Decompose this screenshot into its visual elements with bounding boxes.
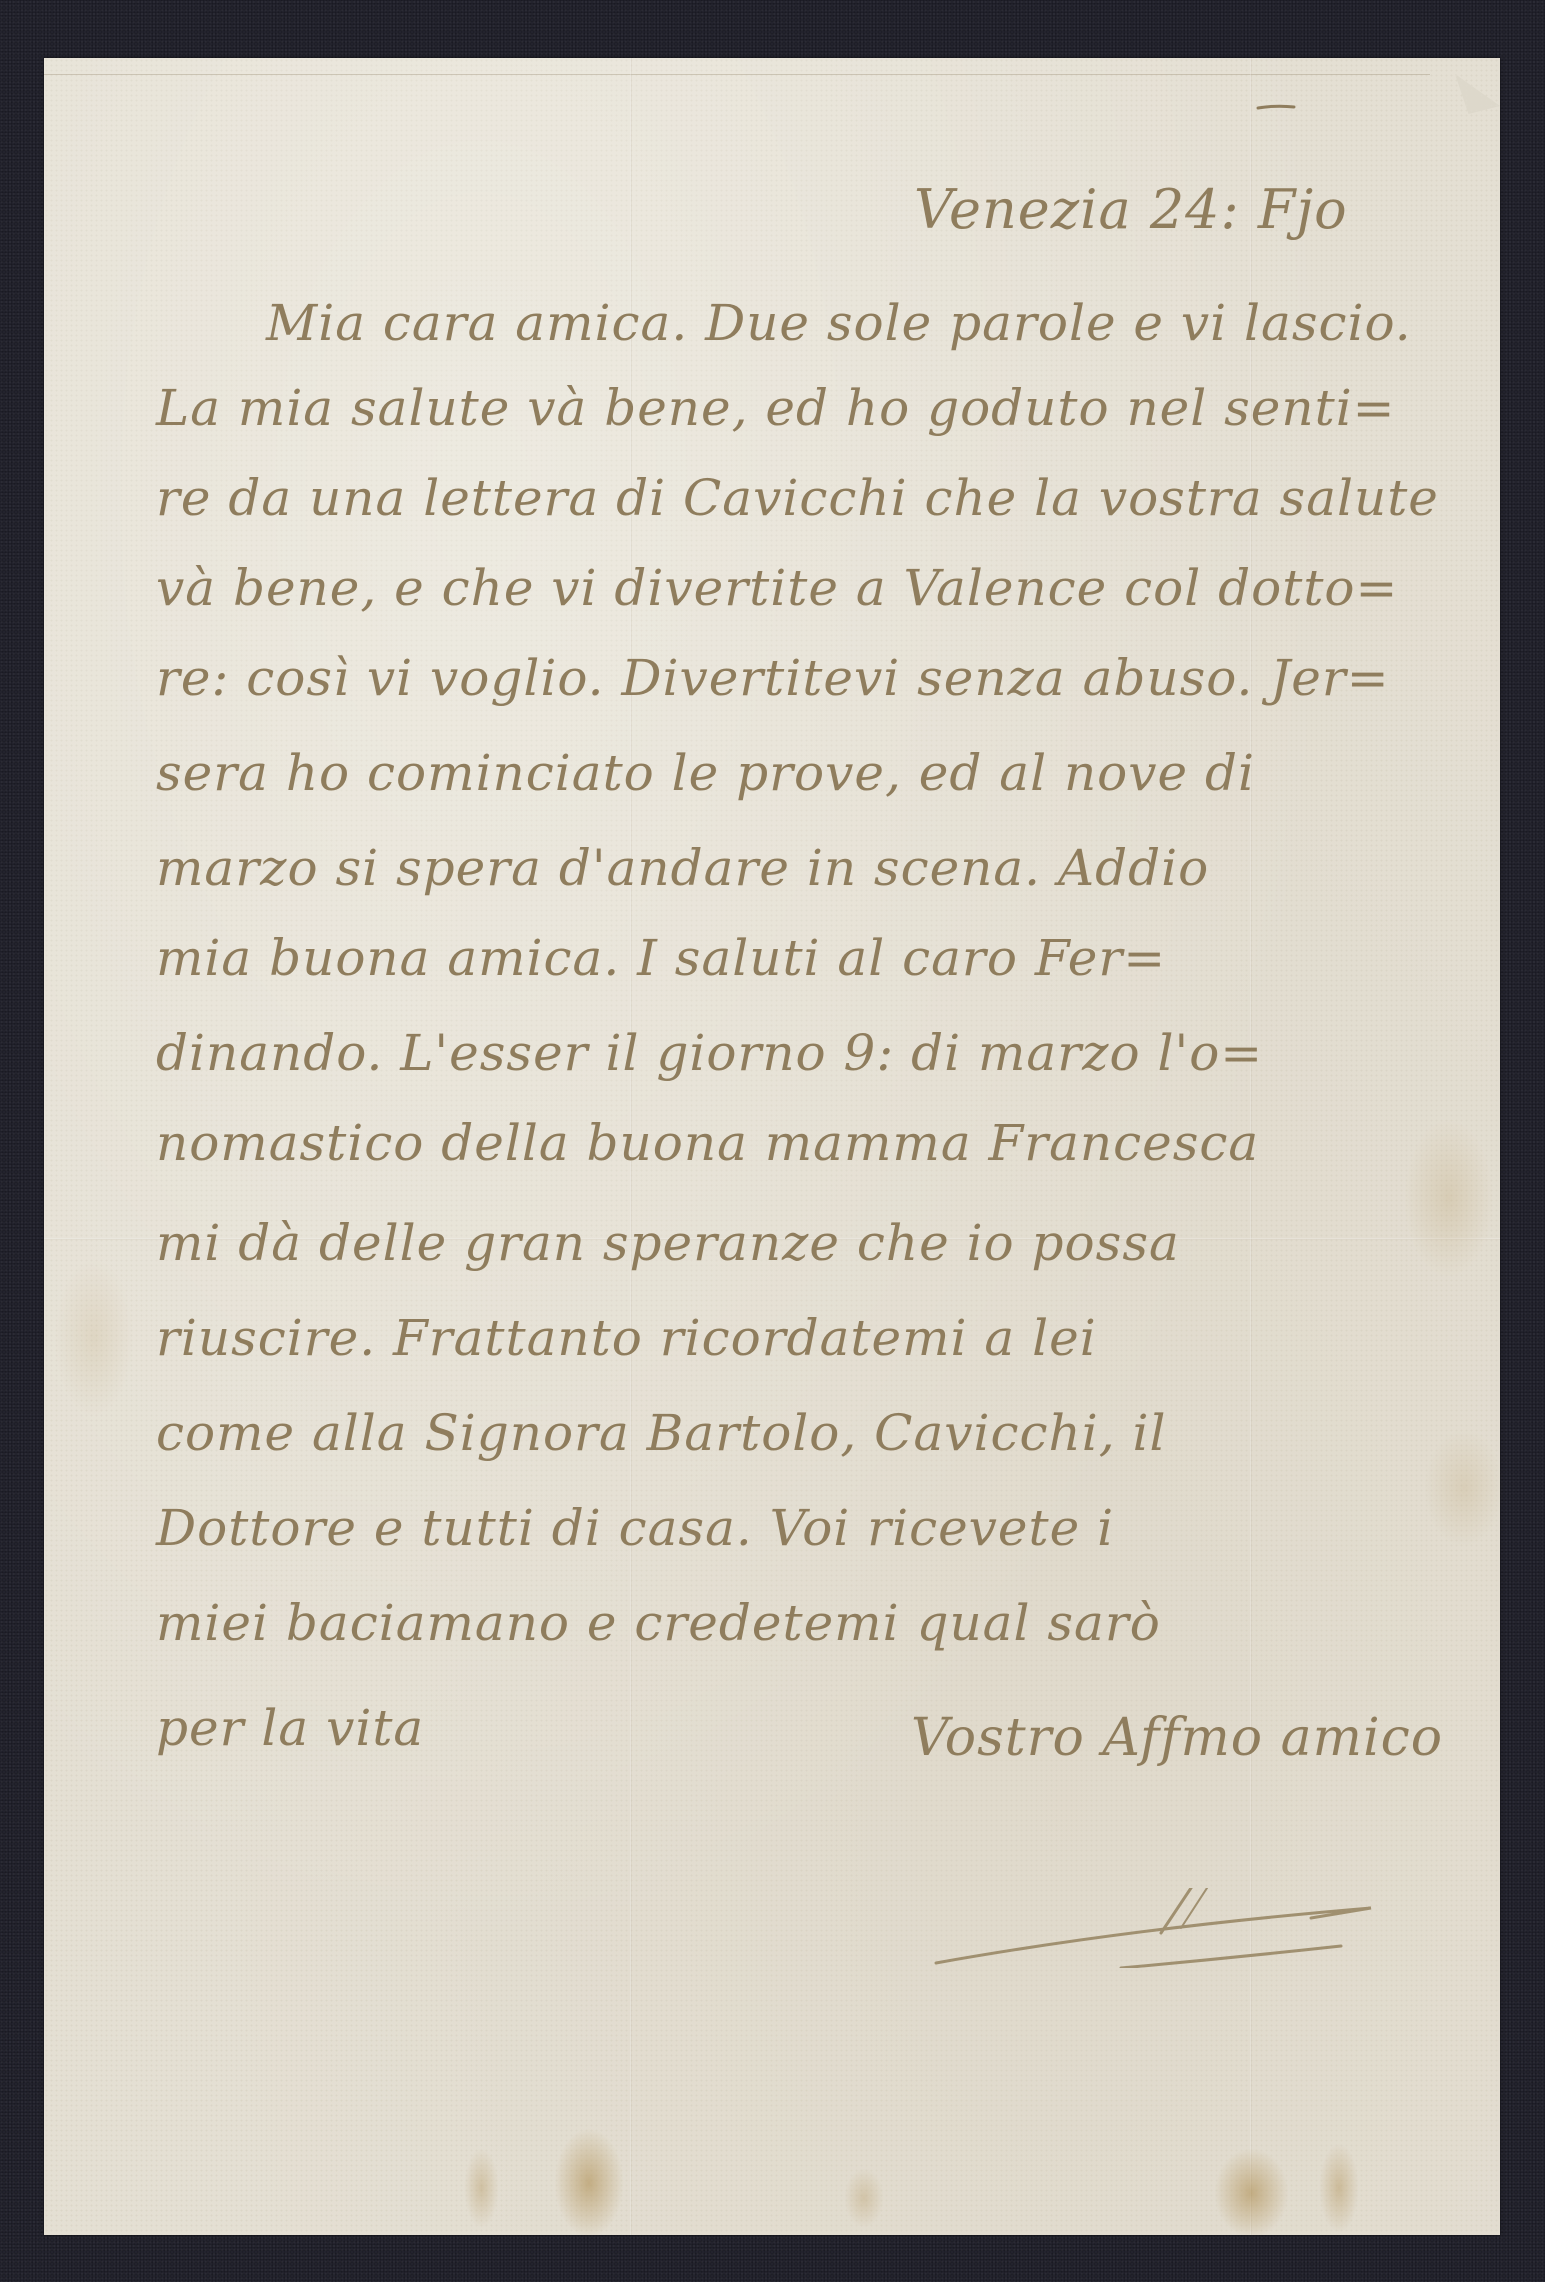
letter-line: Mia cara amica. Due sole parole e vi las… (266, 298, 1412, 348)
letter-dateline: Venezia 24: Fjo (914, 178, 1348, 241)
letter-line: mia buona amica. I saluti al caro Fer= (156, 933, 1166, 983)
letter-line: Dottore e tutti di casa. Voi ricevete i (156, 1503, 1114, 1553)
letter-line: dinando. L'esser il giorno 9: di marzo l… (156, 1028, 1263, 1078)
letter-line: sera ho cominciato le prove, ed al nove … (156, 748, 1255, 798)
letter-line: nomastico della buona mamma Francesca (156, 1118, 1259, 1168)
letter-line: và bene, e che vi divertite a Valence co… (156, 563, 1398, 613)
water-stain (1404, 1118, 1494, 1278)
water-stain (464, 2148, 499, 2228)
letter-line: marzo si spera d'andare in scena. Addio (156, 843, 1209, 893)
water-stain (554, 2128, 624, 2238)
letter-line: per la vita (156, 1703, 424, 1753)
letter-line: miei baciamano e credetemi qual sarò (156, 1598, 1161, 1648)
letter-line: La mia salute và bene, ed ho goduto nel … (156, 383, 1396, 433)
letter-line: re da una lettera di Cavicchi che la vos… (156, 473, 1439, 523)
letter-paper: Venezia 24: Fjo Mia cara amica. Due sole… (44, 58, 1500, 2235)
letter-line: re: così vi voglio. Divertitevi senza ab… (156, 653, 1390, 703)
water-stain (54, 1258, 134, 1418)
letter-line: come alla Signora Bartolo, Cavicchi, il (156, 1408, 1166, 1458)
letter-line: mi dà delle gran speranze che io possa (156, 1218, 1180, 1268)
water-stain (844, 2168, 884, 2228)
signature-flourish-icon (931, 1888, 1391, 1968)
letter-line: riuscire. Frattanto ricordatemi a lei (156, 1313, 1097, 1363)
water-stain (1424, 1428, 1504, 1548)
water-stain (1319, 2143, 1359, 2233)
paper-top-edge-strip (44, 58, 1430, 75)
ink-mark-icon (1256, 103, 1296, 111)
folded-corner (1455, 74, 1500, 114)
letter-closing: Vostro Affmo amico (911, 1708, 1443, 1768)
water-stain (1214, 2148, 1289, 2238)
